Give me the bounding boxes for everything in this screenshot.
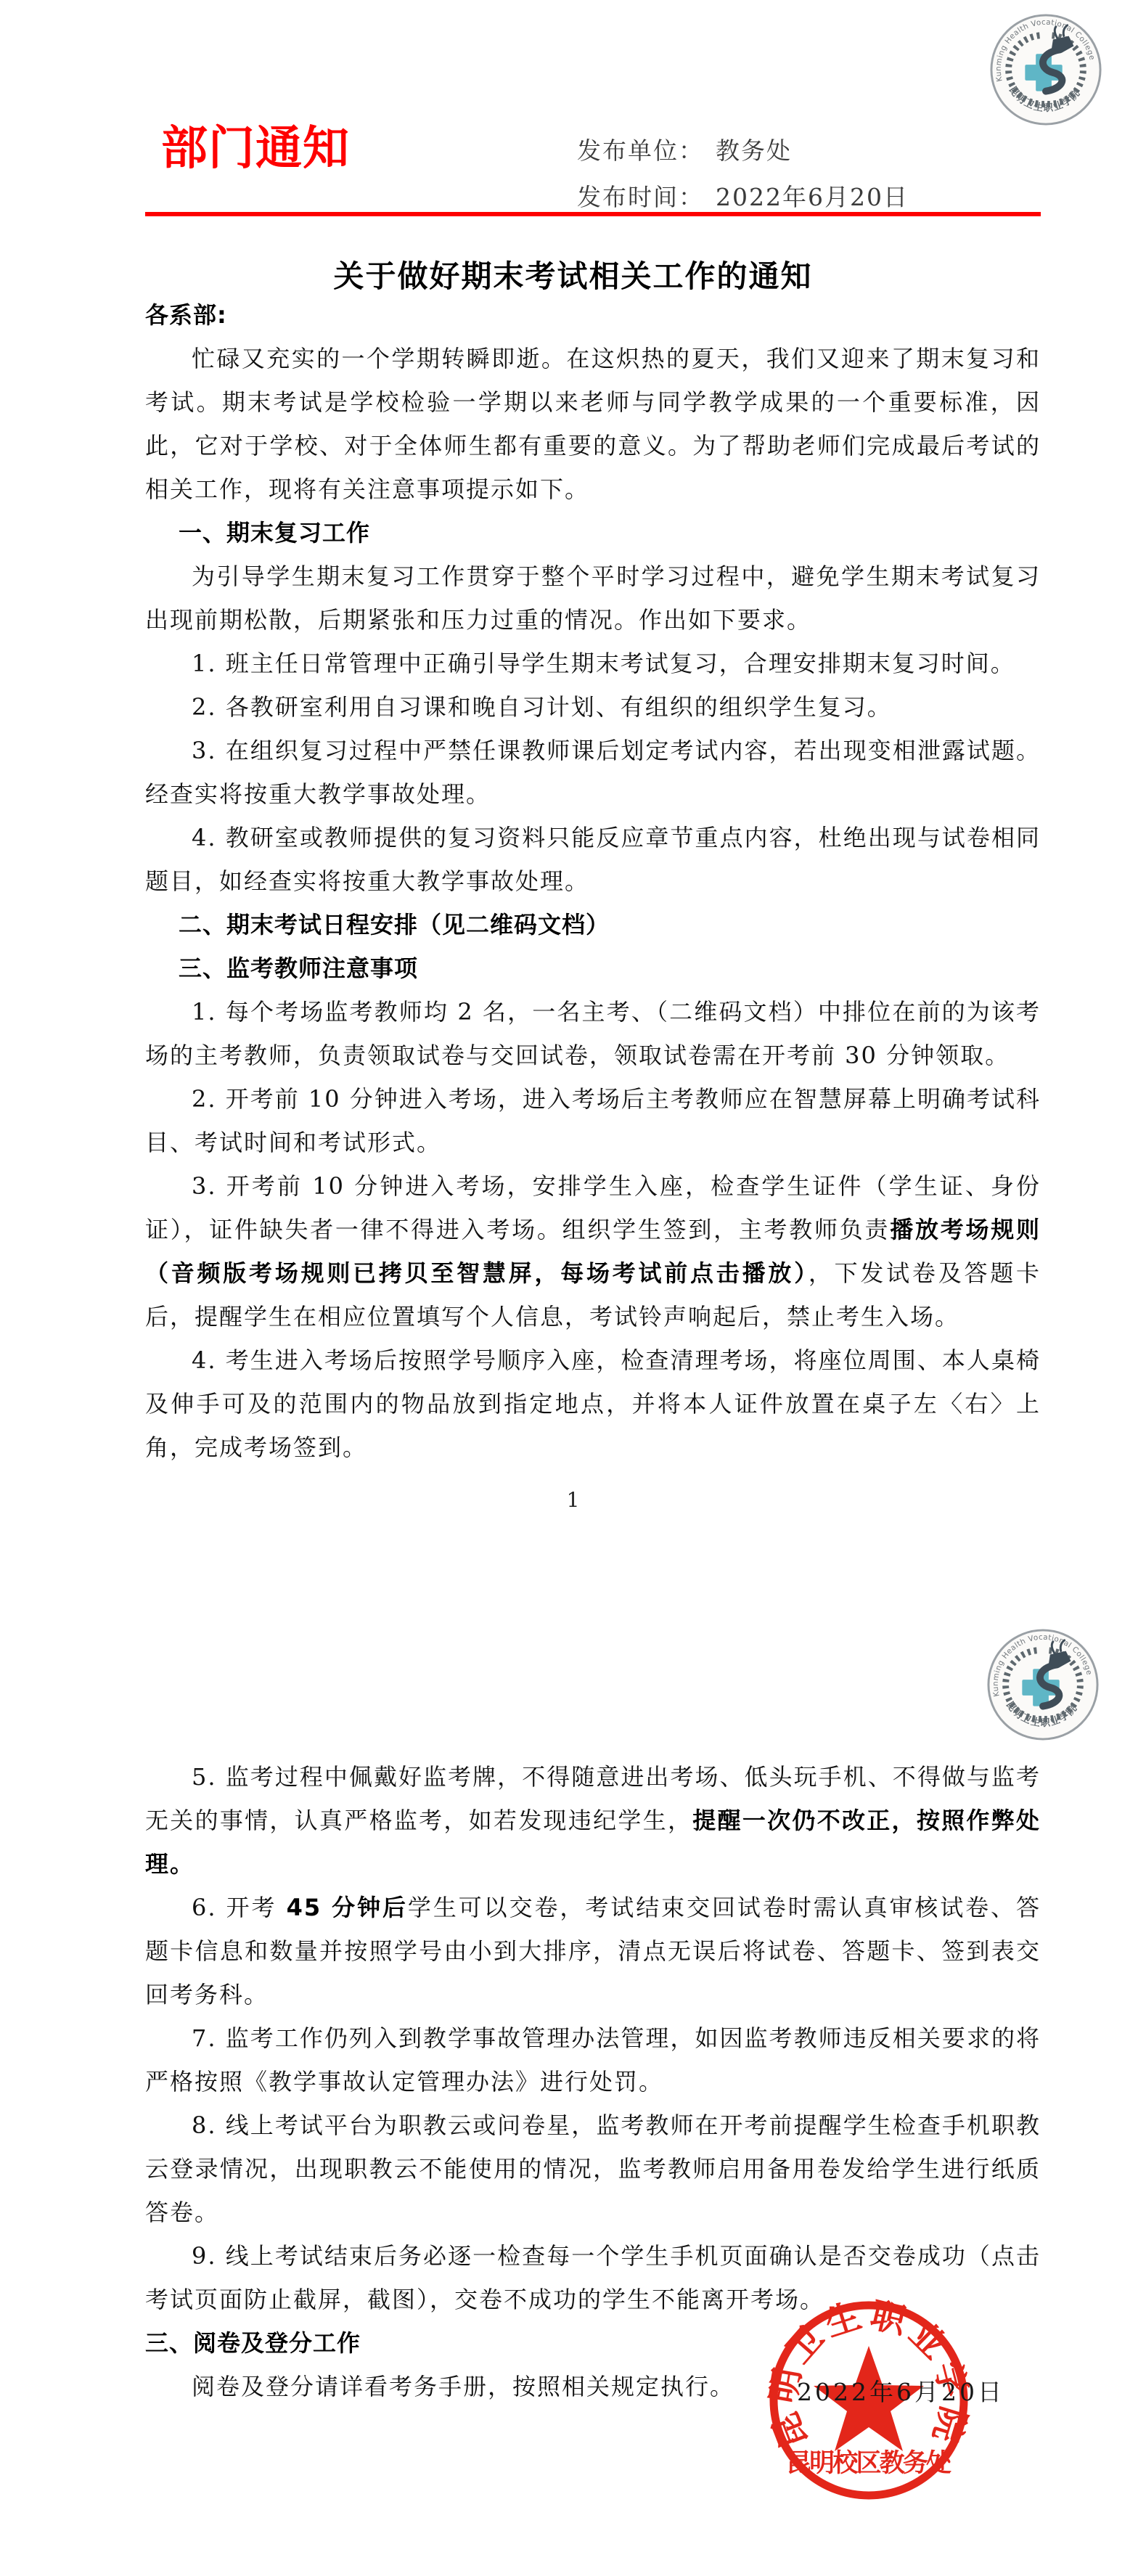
- header-divider-rule: [145, 212, 1041, 216]
- text-segment: 6. 开考: [192, 1894, 287, 1921]
- text-segment: 各系部:: [145, 301, 227, 329]
- college-emblem-page2: [986, 1627, 1100, 1742]
- text-segment: 2. 开考前 10 分钟进入考场，进入考场后主考教师应在智慧屏幕上明确考试科目、…: [145, 1085, 1041, 1156]
- section-heading: 二、期末考试日程安排（见二维码文档）: [145, 903, 1041, 946]
- notice-document: { "colors": { "accent_red": "#fe0000", "…: [0, 0, 1146, 2576]
- page-number: 1: [0, 1488, 1146, 1512]
- publish-time-value: 2022年6月20日: [716, 183, 909, 211]
- text-segment: 4. 教研室或教师提供的复习资料只能反应章节重点内容，杜绝出现与试卷相同题目，如…: [145, 824, 1041, 895]
- body-paragraph: 3. 在组织复习过程中严禁任课教师课后划定考试内容，若出现变相泄露试题。经查实将…: [145, 729, 1041, 816]
- body-paragraph: 1. 班主任日常管理中正确引导学生期末考试复习，合理安排期末复习时间。: [145, 642, 1041, 685]
- page1-body: 各系部:忙碌又充实的一个学期转瞬即逝。在这炽热的夏天，我们又迎来了期末复习和考试…: [145, 293, 1041, 1469]
- text-segment: 一、期末复习工作: [179, 519, 370, 547]
- text-segment: 1. 班主任日常管理中正确引导学生期末考试复习，合理安排期末复习时间。: [192, 650, 1015, 677]
- issue-date: 2022年6月20日: [797, 2373, 1004, 2408]
- body-paragraph: 2. 开考前 10 分钟进入考场，进入考场后主考教师应在智慧屏幕上明确考试科目、…: [145, 1077, 1041, 1164]
- publish-time-label: 发布时间：: [577, 183, 704, 211]
- body-paragraph: 3. 开考前 10 分钟进入考场，安排学生入座，检查学生证件（学生证、身份证），…: [145, 1164, 1041, 1338]
- section-heading: 一、期末复习工作: [145, 511, 1041, 555]
- emphasized-text: 45 分钟后: [287, 1894, 408, 1921]
- body-paragraph: 1. 每个考场监考教师均 2 名，一名主考、（二维码文档）中排位在前的为该考场的…: [145, 990, 1041, 1077]
- body-paragraph: 忙碌又充实的一个学期转瞬即逝。在这炽热的夏天，我们又迎来了期末复习和考试。期末考…: [145, 337, 1041, 511]
- body-paragraph: 为引导学生期末复习工作贯穿于整个平时学习过程中，避免学生期末考试复习出现前期松散…: [145, 555, 1041, 642]
- text-segment: 8. 线上考试平台为职教云或问卷星，监考教师在开考前提醒学生检查手机职教云登录情…: [145, 2111, 1041, 2226]
- body-paragraph: 7. 监考工作仍列入到教学事故管理办法管理，如因监考教师违反相关要求的将严格按照…: [145, 2016, 1041, 2103]
- text-segment: 阅卷及登分请详看考务手册，按照相关规定执行。: [192, 2373, 734, 2400]
- publisher-value: 教务处: [716, 136, 792, 165]
- seal-bottom-text: 昆明校区教务处: [786, 2449, 951, 2478]
- publish-time-row: 发布时间：2022年6月20日: [577, 179, 909, 213]
- text-segment: 为引导学生期末复习工作贯穿于整个平时学习过程中，避免学生期末考试复习出现前期松散…: [145, 563, 1041, 634]
- body-paragraph: 4. 教研室或教师提供的复习资料只能反应章节重点内容，杜绝出现与试卷相同题目，如…: [145, 816, 1041, 903]
- body-paragraph: 5. 监考过程中佩戴好监考牌，不得随意进出考场、低头玩手机、不得做与监考无关的事…: [145, 1755, 1041, 1886]
- publisher-row: 发布单位：教务处: [577, 132, 792, 166]
- text-segment: 忙碌又充实的一个学期转瞬即逝。在这炽热的夏天，我们又迎来了期末复习和考试。期末考…: [145, 345, 1041, 503]
- salutation: 各系部:: [145, 293, 1041, 337]
- document-title: 关于做好期末考试相关工作的通知: [0, 253, 1146, 296]
- text-segment: 7. 监考工作仍列入到教学事故管理办法管理，如因监考教师违反相关要求的将严格按照…: [145, 2024, 1041, 2095]
- publisher-label: 发布单位：: [577, 136, 704, 165]
- text-segment: 三、阅卷及登分工作: [145, 2329, 361, 2357]
- text-segment: 2. 各教研室利用自习课和晚自习计划、有组织的组织学生复习。: [192, 693, 892, 721]
- text-segment: 4. 考生进入考场后按照学号顺序入座，检查清理考场，将座位周围、本人桌椅及伸手可…: [145, 1346, 1041, 1461]
- text-segment: 二、期末考试日程安排（见二维码文档）: [179, 911, 610, 939]
- text-segment: 3. 在组织复习过程中严禁任课教师课后划定考试内容，若出现变相泄露试题。经查实将…: [145, 737, 1041, 808]
- college-emblem-page1: [989, 12, 1103, 127]
- body-paragraph: 6. 开考 45 分钟后学生可以交卷，考试结束交回试卷时需认真审核试卷、答题卡信…: [145, 1886, 1041, 2016]
- masthead-title: 部门通知: [161, 123, 350, 174]
- body-paragraph: 8. 线上考试平台为职教云或问卷星，监考教师在开考前提醒学生检查手机职教云登录情…: [145, 2103, 1041, 2234]
- body-paragraph: 2. 各教研室利用自习课和晚自习计划、有组织的组织学生复习。: [145, 685, 1041, 729]
- section-heading: 三、监考教师注意事项: [145, 946, 1041, 990]
- text-segment: 1. 每个考场监考教师均 2 名，一名主考、（二维码文档）中排位在前的为该考场的…: [145, 998, 1041, 1069]
- text-segment: 三、监考教师注意事项: [179, 954, 418, 982]
- body-paragraph: 4. 考生进入考场后按照学号顺序入座，检查清理考场，将座位周围、本人桌椅及伸手可…: [145, 1338, 1041, 1469]
